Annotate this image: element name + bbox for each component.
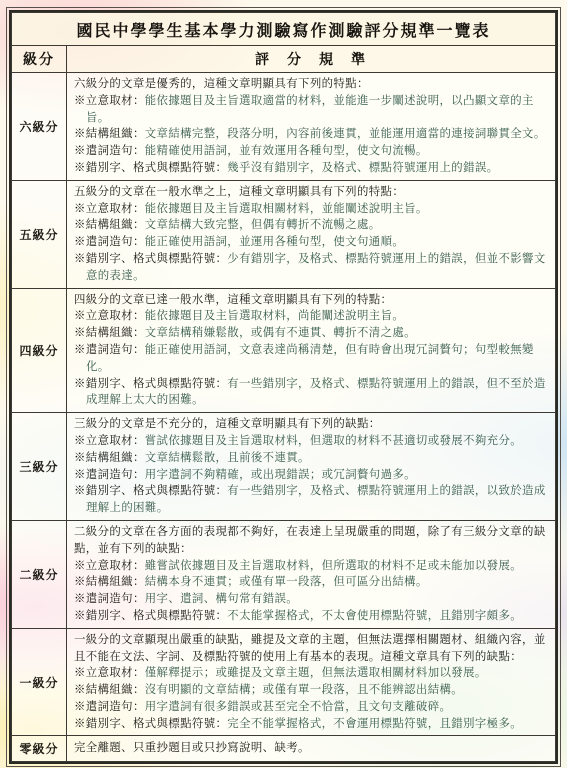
item-label: ※結構組織： (74, 576, 145, 588)
item-text: 僅解釋提示；或雖提及文章主題，但無法選取相關材料加以發展。 (145, 667, 487, 679)
criteria-cell: 四級分的文章已達一般水準，這種文章明顯具有下列的特點： ※立意取材：能依據題目及… (67, 288, 556, 413)
table-row-level-1: 一級分 一級分的文章顯現出嚴重的缺點，雖提及文章的主題，但無法選擇相關題材、組織… (12, 628, 556, 736)
table-row-level-0: 零級分 完全離題、只重抄題目或只抄寫說明、缺考。 (12, 736, 556, 762)
criteria-item: ※結構組織：文章結構完整，段落分明，內容前後連貫，並能運用適當的連接詞聯貫全文。 (74, 126, 549, 143)
level-label: 一級分 (12, 628, 67, 736)
item-label: ※結構組織： (74, 452, 145, 464)
table-row-level-2: 二級分 二級分的文章在各方面的表現都不夠好，在表達上呈現嚴重的問題，除了有三級分… (12, 520, 556, 628)
item-label: ※結構組織： (74, 684, 145, 696)
item-text: 雖嘗試依據題目及主旨選取材料，但所選取的材料不足或未能加以發展。 (145, 560, 522, 572)
item-text: 不太能掌握格式，不太會使用標點符號，且錯別字頗多。 (227, 610, 522, 622)
table-row-level-5: 五級分 五級分的文章在一般水準之上，這種文章明顯具有下列的特點： ※立意取材：能… (12, 180, 556, 288)
rubric-table-frame: 國民中學學生基本學力測驗寫作測驗評分規準一覽表 級分 評 分 規 準 六級分 六… (9, 10, 558, 764)
criteria-cell: 五級分的文章在一般水準之上，這種文章明顯具有下列的特點： ※立意取材：能依據題目… (67, 180, 556, 288)
rubric-table: 國民中學學生基本學力測驗寫作測驗評分規準一覽表 級分 評 分 規 準 六級分 六… (11, 12, 556, 762)
criteria-intro: 四級分的文章已達一般水準，這種文章明顯具有下列的特點： (74, 292, 549, 309)
item-text: 用字遣詞有很多錯誤或甚至完全不恰當，且文句支離破碎。 (145, 701, 452, 713)
column-header-level: 級分 (12, 46, 67, 73)
criteria-item: ※遣詞造句：能正確使用語詞，文意表達尚稱清楚，但有時會出現冗詞贅句；句型較無變化… (74, 342, 549, 376)
criteria-item: ※結構組織：文章結構大致完整，但偶有轉折不流暢之處。 (74, 217, 549, 234)
item-text: 完全不能掌握格式，不會運用標點符號，且錯別字極多。 (227, 718, 522, 730)
item-label: ※錯別字、格式與標點符號： (74, 378, 227, 390)
item-text: 能依據題目及主旨選取相關材料，並能闡述說明主旨。 (145, 203, 428, 215)
item-text: 用字遣詞不夠精確，或出現錯誤；或冗詞贅句過多。 (145, 469, 416, 481)
item-label: ※結構組織： (74, 327, 145, 339)
item-label: ※遣詞造句： (74, 593, 145, 605)
level-label: 三級分 (12, 413, 67, 521)
header-row: 級分 評 分 規 準 (12, 46, 556, 73)
criteria-intro: 三級分的文章是不充分的，這種文章明顯具有下列的缺點： (74, 416, 549, 433)
criteria-intro: 一級分的文章顯現出嚴重的缺點，雖提及文章的主題，但無法選擇相關題材、組織內容，並… (74, 632, 549, 666)
criteria-cell: 一級分的文章顯現出嚴重的缺點，雖提及文章的主題，但無法選擇相關題材、組織內容，並… (67, 628, 556, 736)
item-label: ※錯別字、格式與標點符號： (74, 718, 227, 730)
item-text: 幾乎沒有錯別字，及格式、標點符號運用上的錯誤。 (227, 162, 498, 174)
criteria-item: ※錯別字、格式與標點符號：少有錯別字，及格式、標點符號運用上的錯誤，但並不影響文… (74, 251, 549, 285)
criteria-cell: 完全離題、只重抄題目或只抄寫說明、缺考。 (67, 736, 556, 762)
criteria-item: ※立意取材：雖嘗試依據題目及主旨選取材料，但所選取的材料不足或未能加以發展。 (74, 558, 549, 575)
level-label: 五級分 (12, 180, 67, 288)
item-label: ※遣詞造句： (74, 236, 145, 248)
item-label: ※立意取材： (74, 435, 145, 447)
page-title: 國民中學學生基本學力測驗寫作測驗評分規準一覽表 (12, 13, 556, 46)
column-header-criteria: 評 分 規 準 (67, 46, 556, 73)
criteria-item: ※立意取材：嘗試依據題目及主旨選取材料，但選取的材料不甚適切或發展不夠充分。 (74, 433, 549, 450)
criteria-item: ※立意取材：僅解釋提示；或雖提及文章主題，但無法選取相關材料加以發展。 (74, 665, 549, 682)
table-row-level-6: 六級分 六級分的文章是優秀的，這種文章明顯具有下列的特點： ※立意取材：能依據題… (12, 73, 556, 181)
criteria-cell: 二級分的文章在各方面的表現都不夠好，在表達上呈現嚴重的問題，除了有三級分文章的缺… (67, 520, 556, 628)
criteria-item: ※結構組織：文章結構稍嫌鬆散，或偶有不連貫、轉折不清之處。 (74, 325, 549, 342)
item-label: ※錯別字、格式與標點符號： (74, 253, 227, 265)
item-label: ※立意取材： (74, 667, 145, 679)
criteria-item: ※錯別字、格式與標點符號：完全不能掌握格式，不會運用標點符號，且錯別字極多。 (74, 716, 549, 733)
level-label: 四級分 (12, 288, 67, 413)
criteria-intro: 完全離題、只重抄題目或只抄寫說明、缺考。 (74, 740, 549, 757)
item-text: 文章結構大致完整，但偶有轉折不流暢之處。 (145, 219, 381, 231)
criteria-intro: 二級分的文章在各方面的表現都不夠好，在表達上呈現嚴重的問題，除了有三級分文章的缺… (74, 524, 549, 558)
item-label: ※錯別字、格式與標點符號： (74, 162, 227, 174)
item-label: ※遣詞造句： (74, 344, 145, 356)
item-text: 文章結構稍嫌鬆散，或偶有不連貫、轉折不清之處。 (145, 327, 416, 339)
item-text: 用字、遣詞、構句常有錯誤。 (145, 593, 298, 605)
level-label: 二級分 (12, 520, 67, 628)
criteria-item: ※立意取材：能依據題目及主旨選取適當的材料，並能進一步闡述說明，以凸顯文章的主旨… (74, 93, 549, 127)
item-text: 結構本身不連貫；或僅有單一段落，但可區分出結構。 (145, 576, 428, 588)
criteria-item: ※結構組織：文章結構鬆散，且前後不連貫。 (74, 450, 549, 467)
criteria-intro: 六級分的文章是優秀的，這種文章明顯具有下列的特點： (74, 76, 549, 93)
criteria-item: ※錯別字、格式與標點符號：有一些錯別字，及格式、標點符號運用上的錯誤，以致於造成… (74, 483, 549, 517)
item-label: ※遣詞造句： (74, 469, 145, 481)
criteria-item: ※立意取材：能依據題目及主旨選取材料，尚能闡述說明主旨。 (74, 308, 549, 325)
criteria-item: ※遣詞造句：用字遣詞不夠精確，或出現錯誤；或冗詞贅句過多。 (74, 467, 549, 484)
criteria-cell: 六級分的文章是優秀的，這種文章明顯具有下列的特點： ※立意取材：能依據題目及主旨… (67, 73, 556, 181)
criteria-cell: 三級分的文章是不充分的，這種文章明顯具有下列的缺點： ※立意取材：嘗試依據題目及… (67, 413, 556, 521)
criteria-item: ※錯別字、格式與標點符號：幾乎沒有錯別字，及格式、標點符號運用上的錯誤。 (74, 160, 549, 177)
item-text: 能依據題目及主旨選取適當的材料，並能進一步闡述說明，以凸顯文章的主旨。 (86, 95, 534, 124)
level-label: 六級分 (12, 73, 67, 181)
item-text: 能精確使用語詞，並有效運用各種句型，使文句流暢。 (145, 145, 428, 157)
criteria-item: ※遣詞造句：用字、遣詞、構句常有錯誤。 (74, 591, 549, 608)
item-label: ※立意取材： (74, 203, 145, 215)
level-label: 零級分 (12, 736, 67, 762)
item-text: 能正確使用語詞，並運用各種句型，使文句通順。 (145, 236, 404, 248)
criteria-item: ※立意取材：能依據題目及主旨選取相關材料，並能闡述說明主旨。 (74, 201, 549, 218)
criteria-item: ※結構組織：結構本身不連貫；或僅有單一段落，但可區分出結構。 (74, 574, 549, 591)
item-label: ※錯別字、格式與標點符號： (74, 485, 227, 497)
item-text: 文章結構鬆散，且前後不連貫。 (145, 452, 310, 464)
item-label: ※結構組織： (74, 219, 145, 231)
table-row-level-4: 四級分 四級分的文章已達一般水準，這種文章明顯具有下列的特點： ※立意取材：能依… (12, 288, 556, 413)
item-label: ※立意取材： (74, 95, 145, 107)
item-text: 能正確使用語詞，文意表達尚稱清楚，但有時會出現冗詞贅句；句型較無變化。 (86, 344, 534, 373)
criteria-item: ※錯別字、格式與標點符號：不太能掌握格式，不太會使用標點符號，且錯別字頗多。 (74, 608, 549, 625)
item-text: 文章結構完整，段落分明，內容前後連貫，並能運用適當的連接詞聯貫全文。 (145, 128, 546, 140)
title-row: 國民中學學生基本學力測驗寫作測驗評分規準一覽表 (12, 13, 556, 46)
item-label: ※遣詞造句： (74, 701, 145, 713)
item-label: ※遣詞造句： (74, 145, 145, 157)
item-label: ※結構組織： (74, 128, 145, 140)
item-text: 沒有明顯的文章結構；或僅有單一段落，且不能辨認出結構。 (145, 684, 463, 696)
item-text: 能依據題目及主旨選取材料，尚能闡述說明主旨。 (145, 310, 404, 322)
criteria-item: ※遣詞造句：能正確使用語詞，並運用各種句型，使文句通順。 (74, 234, 549, 251)
item-text: 嘗試依據題目及主旨選取材料，但選取的材料不甚適切或發展不夠充分。 (145, 435, 522, 447)
table-row-level-3: 三級分 三級分的文章是不充分的，這種文章明顯具有下列的缺點： ※立意取材：嘗試依… (12, 413, 556, 521)
criteria-item: ※錯別字、格式與標點符號：有一些錯別字，及格式、標點符號運用上的錯誤，但不至於造… (74, 376, 549, 410)
item-label: ※立意取材： (74, 560, 145, 572)
criteria-intro: 五級分的文章在一般水準之上，這種文章明顯具有下列的特點： (74, 184, 549, 201)
item-label: ※立意取材： (74, 310, 145, 322)
item-label: ※錯別字、格式與標點符號： (74, 610, 227, 622)
criteria-item: ※遣詞造句：能精確使用語詞，並有效運用各種句型，使文句流暢。 (74, 143, 549, 160)
criteria-item: ※結構組織：沒有明顯的文章結構；或僅有單一段落，且不能辨認出結構。 (74, 682, 549, 699)
criteria-item: ※遣詞造句：用字遣詞有很多錯誤或甚至完全不恰當，且文句支離破碎。 (74, 699, 549, 716)
